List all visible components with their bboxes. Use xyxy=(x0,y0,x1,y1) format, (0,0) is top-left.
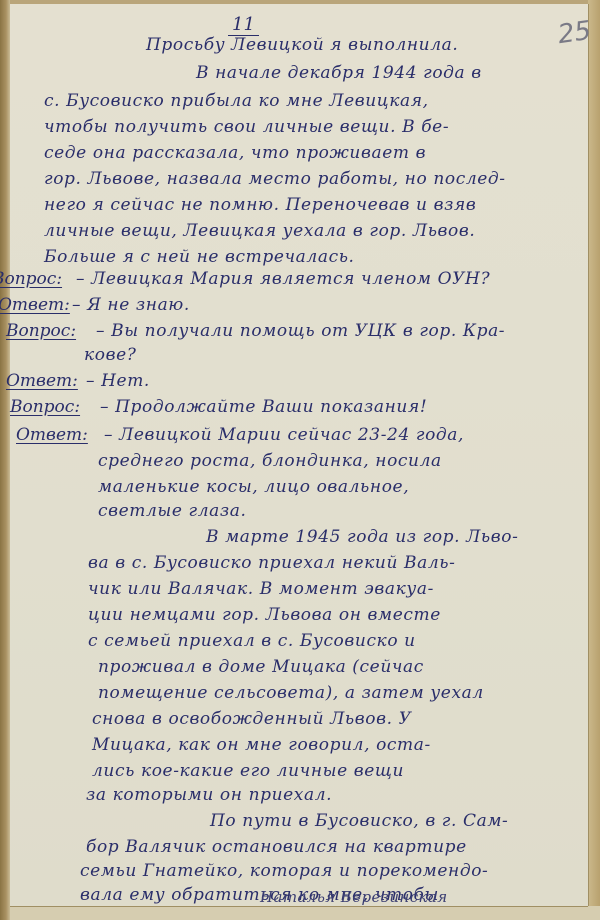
answer-label: Ответ: xyxy=(6,370,78,392)
question-text: – Продолжайте Ваши показания! xyxy=(100,396,427,418)
text-line: среднего роста, блондинка, носила xyxy=(98,450,442,472)
text-line: помещение сельсовета), а затем уехал xyxy=(98,682,484,704)
text-line: ции немцами гор. Львова он вместе xyxy=(88,604,441,626)
answer-label: Ответ: xyxy=(0,294,70,316)
answer-text: – Нет. xyxy=(86,370,150,392)
text-line: светлые глаза. xyxy=(98,500,247,522)
page-number: 25 xyxy=(556,16,593,50)
text-line: личные вещи, Левицкая уехала в гор. Льво… xyxy=(44,220,475,242)
signature: Наталья Березинская xyxy=(260,888,448,906)
question-label: Вопрос: xyxy=(10,396,80,418)
book-binding-edge xyxy=(0,0,10,920)
text-line: Больше я с ней не встречалась. xyxy=(44,246,355,268)
text-line: седе она рассказала, что проживает в xyxy=(44,142,426,164)
page-bottom-edge xyxy=(10,906,600,920)
text-line: Мицака, как он мне говорил, оста- xyxy=(92,734,431,756)
text-line: лись кое-какие его личные вещи xyxy=(92,760,404,782)
question-label: Вопрос: xyxy=(6,320,76,342)
text-line: По пути в Бусовиско, в г. Сам- xyxy=(210,810,508,832)
question-text-cont: кове? xyxy=(84,344,136,366)
text-line: Просьбу Левицкой я выполнила. xyxy=(146,34,458,56)
answer-text: – Я не знаю. xyxy=(72,294,190,316)
text-line: чтобы получить свои личные вещи. В бе- xyxy=(44,116,449,138)
question-text: – Левицкая Мария является членом ОУН? xyxy=(76,268,490,290)
text-line: него я сейчас не помню. Переночевав и вз… xyxy=(44,194,476,216)
text-line: снова в освобожденный Львов. У xyxy=(92,708,412,730)
text-line: с. Бусовиско прибыла ко мне Левицкая, xyxy=(44,90,429,112)
text-line: за которыми он приехал. xyxy=(86,784,332,806)
answer-text: – Левицкой Марии сейчас 23-24 года, xyxy=(104,424,464,446)
text-line: ва в с. Бусовиско приехал некий Валь- xyxy=(88,552,455,574)
text-line: семьи Гнатейко, которая и порекомендо- xyxy=(80,860,488,882)
answer-label: Ответ: xyxy=(16,424,88,446)
handwritten-page: 11 25 Просьбу Левицкой я выполнила. В на… xyxy=(10,4,588,906)
text-line: маленькие косы, лицо овальное, xyxy=(98,476,409,498)
question-label: Вопрос: xyxy=(0,268,62,290)
text-line: проживал в доме Мицака (сейчас xyxy=(98,656,424,678)
question-text: – Вы получали помощь от УЦК в гор. Кра- xyxy=(96,320,505,342)
text-line: гор. Львове, назвала место работы, но по… xyxy=(44,168,506,190)
text-line: с семьей приехал в с. Бусовиско и xyxy=(88,630,416,652)
sheet-mark: 11 xyxy=(228,14,259,36)
text-line: бор Валячик остановился на квартире xyxy=(86,836,467,858)
page-right-edge xyxy=(588,0,600,920)
text-line: В марте 1945 года из гор. Льво- xyxy=(206,526,518,548)
text-line: чик или Валячак. В момент эвакуа- xyxy=(88,578,434,600)
text-line: В начале декабря 1944 года в xyxy=(196,62,482,84)
